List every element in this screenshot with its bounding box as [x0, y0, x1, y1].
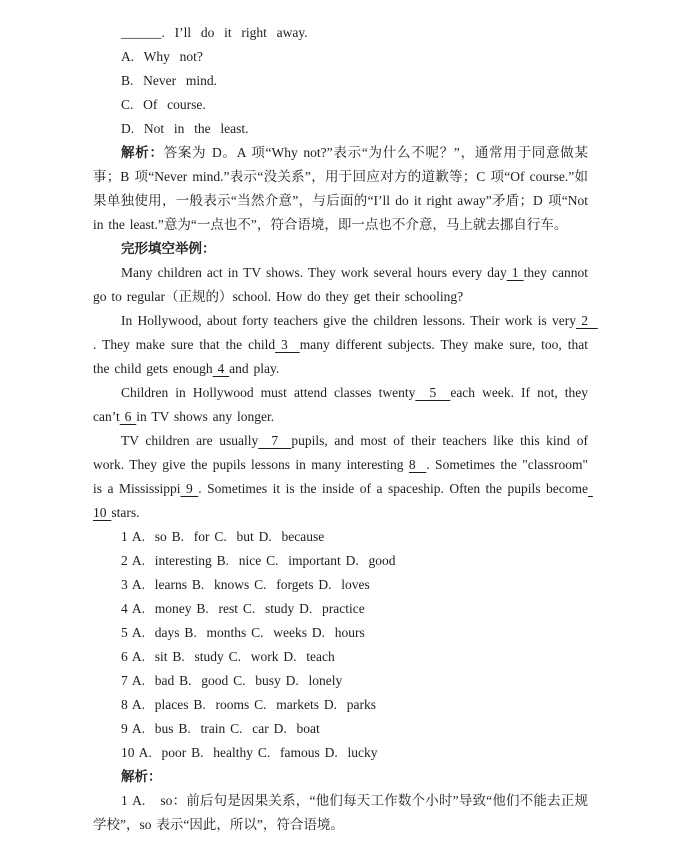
cloze-blank: 2: [576, 313, 598, 328]
cloze-option-3: 3 A. learns B. knows C. forgets D. loves: [93, 573, 588, 597]
choice-c: C. Of course.: [93, 93, 588, 117]
text-segment: Children in Hollywood must attend classe…: [121, 385, 415, 400]
text-segment: stars.: [111, 505, 139, 520]
cloze-option-5: 5 A. days B. months C. weeks D. hours: [93, 621, 588, 645]
cloze-blank: 7: [258, 433, 291, 448]
text-segment: C. Of course.: [121, 97, 206, 112]
cloze-blank: 3: [275, 337, 300, 352]
text-segment: 完形填空举例：: [121, 241, 216, 256]
text-segment: 解析：: [121, 145, 164, 160]
text-segment: . They make sure that the child: [93, 337, 275, 352]
text-segment: 9 A. bus B. train C. car D. boat: [121, 721, 320, 736]
text-segment: 10 A. poor B. healthy C. famous D. lucky: [121, 745, 377, 760]
cloze-option-1: 1 A. so B. for C. but D. because: [93, 525, 588, 549]
text-segment: 5 A. days B. months C. weeks D. hours: [121, 625, 365, 640]
text-segment: 1 A. so B. for C. but D. because: [121, 529, 324, 544]
text-segment: Many children act in TV shows. They work…: [121, 265, 507, 280]
document-page: ______. I’ll do it right away.A. Why not…: [0, 0, 678, 849]
cloze-blank: 8: [409, 457, 426, 472]
cloze-para-1: Many children act in TV shows. They work…: [93, 261, 588, 309]
text-segment: A. Why not?: [121, 49, 203, 64]
analysis-heading: 解析：: [93, 765, 588, 789]
cloze-blank: 9: [181, 481, 199, 496]
document-body: ______. I’ll do it right away.A. Why not…: [93, 21, 588, 837]
text-segment: 解析：: [121, 769, 162, 784]
text-segment: 7 A. bad B. good C. busy D. lonely: [121, 673, 342, 688]
text-segment: 2 A. interesting B. nice C. important D.…: [121, 553, 395, 568]
cloze-option-8: 8 A. places B. rooms C. markets D. parks: [93, 693, 588, 717]
cloze-option-10: 10 A. poor B. healthy C. famous D. lucky: [93, 741, 588, 765]
cloze-blank: 6: [120, 409, 137, 424]
cloze-para-4: TV children are usually 7 pupils, and mo…: [93, 429, 588, 525]
text-segment: in TV shows any longer.: [136, 409, 274, 424]
choice-a: A. Why not?: [93, 45, 588, 69]
choice-b: B. Never mind.: [93, 69, 588, 93]
text-segment: B. Never mind.: [121, 73, 217, 88]
text-segment: 4 A. money B. rest C. study D. practice: [121, 601, 365, 616]
question-stem: ______. I’ll do it right away.: [93, 21, 588, 45]
text-segment: . Sometimes it is the inside of a spaces…: [198, 481, 588, 496]
text-segment: D. Not in the least.: [121, 121, 248, 136]
cloze-para-2: In Hollywood, about forty teachers give …: [93, 309, 588, 381]
cloze-option-7: 7 A. bad B. good C. busy D. lonely: [93, 669, 588, 693]
cloze-option-9: 9 A. bus B. train C. car D. boat: [93, 717, 588, 741]
analysis-item-1: 1 A. so：前后句是因果关系，“他们每天工作数个小时”导致“他们不能去正规学…: [93, 789, 588, 837]
cloze-option-2: 2 A. interesting B. nice C. important D.…: [93, 549, 588, 573]
cloze-option-4: 4 A. money B. rest C. study D. practice: [93, 597, 588, 621]
analysis-question: 解析：答案为 D。A 项“Why not?”表示“为什么不呢？”，通常用于同意做…: [93, 141, 588, 237]
text-segment: In Hollywood, about forty teachers give …: [121, 313, 576, 328]
text-segment: TV children are usually: [121, 433, 258, 448]
cloze-blank: 4: [213, 361, 230, 376]
section-heading-cloze: 完形填空举例：: [93, 237, 588, 261]
cloze-option-6: 6 A. sit B. study C. work D. teach: [93, 645, 588, 669]
cloze-blank: 1: [507, 265, 524, 280]
choice-d: D. Not in the least.: [93, 117, 588, 141]
text-segment: 8 A. places B. rooms C. markets D. parks: [121, 697, 376, 712]
text-segment: 答案为 D。A 项“Why not?”表示“为什么不呢？”，通常用于同意做某事；…: [93, 145, 593, 232]
text-segment: ______. I’ll do it right away.: [121, 25, 308, 40]
cloze-para-3: Children in Hollywood must attend classe…: [93, 381, 588, 429]
text-segment: 3 A. learns B. knows C. forgets D. loves: [121, 577, 370, 592]
text-segment: 1 A. so：前后句是因果关系，“他们每天工作数个小时”导致“他们不能去正规学…: [93, 793, 588, 832]
text-segment: and play.: [229, 361, 279, 376]
cloze-blank: 5: [415, 385, 450, 400]
text-segment: 6 A. sit B. study C. work D. teach: [121, 649, 335, 664]
